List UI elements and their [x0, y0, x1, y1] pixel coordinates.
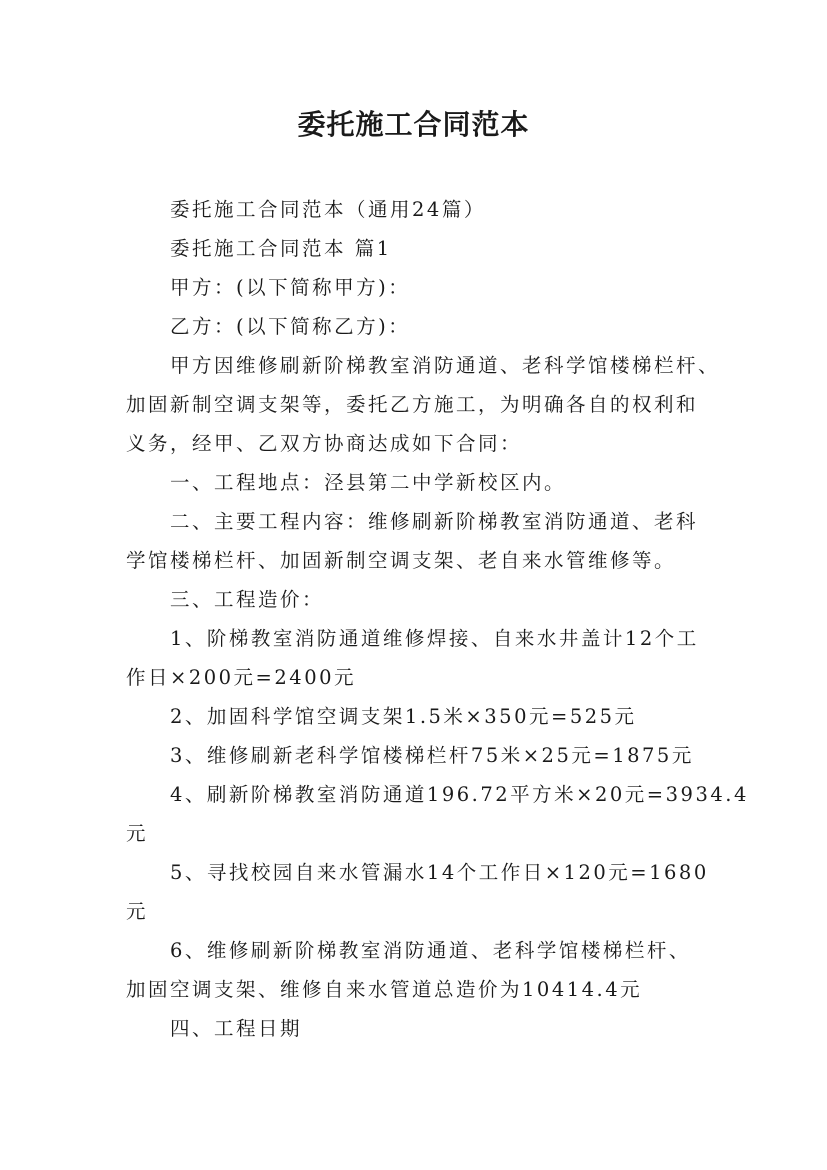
paragraph-line: 6、维修刷新阶梯教室消防通道、老科学馆楼梯栏杆、: [170, 939, 691, 963]
paragraph-line: 1、阶梯教室消防通道维修焊接、自来水井盖计12个工: [170, 627, 699, 651]
paragraph-line: 4、刷新阶梯教室消防通道196.72平方米×20元=3934.4: [170, 783, 749, 807]
paragraph-line: 义务，经甲、乙双方协商达成如下合同：: [126, 432, 522, 456]
paragraph-line: 甲方：(以下简称甲方)：: [170, 276, 410, 300]
document-title: 委托施工合同范本: [0, 103, 827, 143]
paragraph-line: 加固新制空调支架等，委托乙方施工，为明确各自的权利和: [126, 393, 698, 417]
paragraph-line: 三、工程造价：: [170, 588, 324, 612]
paragraph-line: 二、主要工程内容：维修刷新阶梯教室消防通道、老科: [170, 510, 698, 534]
paragraph-line: 四、工程日期: [170, 1017, 302, 1041]
paragraph-line: 5、寻找校园自来水管漏水14个工作日×120元=1680: [170, 861, 709, 885]
paragraph-line: 乙方：(以下简称乙方)：: [170, 315, 410, 339]
paragraph-line: 学馆楼梯栏杆、加固新制空调支架、老自来水管维修等。: [126, 549, 676, 573]
paragraph-line: 2、加固科学馆空调支架1.5米×350元=525元: [170, 705, 637, 729]
paragraph-line: 元: [126, 900, 148, 924]
paragraph-line: 元: [126, 822, 148, 846]
paragraph-line: 3、维修刷新老科学馆楼梯栏杆75米×25元=1875元: [170, 744, 694, 768]
paragraph-line: 加固空调支架、维修自来水管道总造价为10414.4元: [126, 978, 642, 1002]
paragraph-line: 委托施工合同范本 篇1: [170, 237, 392, 261]
paragraph-line: 作日×200元=2400元: [126, 666, 356, 690]
paragraph-line: 一、工程地点：泾县第二中学新校区内。: [170, 471, 566, 495]
paragraph-line: 委托施工合同范本（通用24篇）: [170, 198, 486, 222]
paragraph-line: 甲方因维修刷新阶梯教室消防通道、老科学馆楼梯栏杆、: [170, 354, 720, 378]
